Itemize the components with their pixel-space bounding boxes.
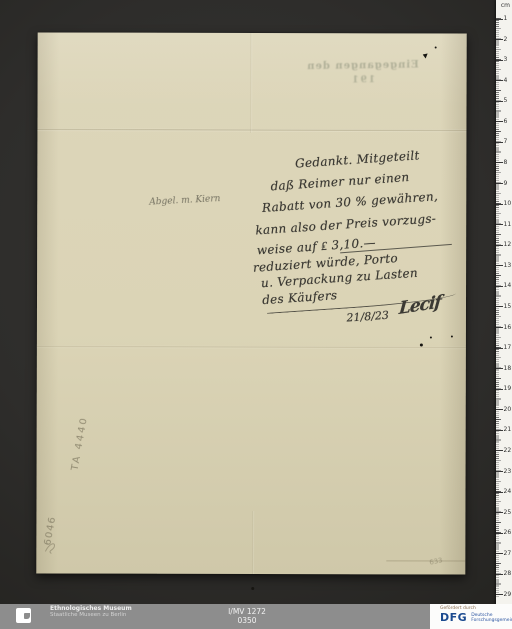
ruler-cm-number: 18: [504, 366, 512, 372]
ruler-cm-tick: [496, 533, 503, 534]
ruler-cm-tick: [496, 553, 503, 554]
ruler-cm-tick: [496, 306, 503, 307]
note-line: Gedankt. Mitgeteilt: [295, 148, 420, 170]
ruler-cm-tick: [496, 389, 503, 390]
ruler-cm-number: 25: [504, 510, 512, 516]
ruler-cm-tick: [496, 60, 503, 61]
ruler-cm-number: 16: [504, 325, 512, 331]
pencil-shelfmark-ta: TA 4440: [70, 416, 90, 472]
ruler-cm-number: 23: [504, 469, 512, 475]
ruler-cm-tick: [496, 450, 503, 451]
museum-logo-icon: [16, 608, 31, 623]
letter-page: Eingegangen den 191 Abgel. m. Kiern Geda…: [36, 32, 466, 574]
ruler-cm-number: 15: [504, 304, 512, 310]
stamp-year: 191: [293, 74, 433, 86]
bleed-through-stamp: Eingegangen den 191: [292, 59, 432, 86]
ruler-cm-tick: [496, 245, 503, 246]
ruler-cm-number: 4: [504, 78, 508, 84]
ruler-cm-number: 17: [504, 345, 512, 351]
ruler-cm-number: 19: [504, 386, 512, 392]
ruler-cm-tick: [496, 265, 503, 266]
ruler-cm-number: 13: [504, 263, 512, 269]
note-date: 21/8/23: [346, 309, 389, 325]
ruler-cm-number: 14: [504, 283, 512, 289]
ruler-cm-tick: [496, 224, 503, 225]
ruler-cm-tick: [496, 80, 503, 81]
ruler-cm-number: 11: [504, 222, 512, 228]
pencil-corner-mark: 633: [429, 556, 444, 567]
stamp-text: Eingegangen den: [292, 59, 432, 72]
ruler-cm-tick: [496, 471, 503, 472]
funding-org-line2: Forschungsgemeinschaft: [471, 618, 512, 623]
ruler-cm-number: 20: [504, 407, 512, 413]
ruler-cm-tick: [496, 492, 503, 493]
ruler: cm 1234567891011121314151617181920212223…: [496, 0, 512, 604]
ruler-cm-number: 1: [504, 16, 508, 22]
reference-id: I/MV 1272: [177, 607, 317, 616]
ruler-cm-tick: [496, 162, 503, 163]
archival-scan-viewer: { "scan": { "paper": { "note": { "lines"…: [0, 0, 512, 629]
ruler-cm-tick: [496, 327, 503, 328]
museum-branding: [16, 608, 31, 623]
ruler-cm-number: 28: [504, 571, 512, 577]
fold-crease-vertical-top: [250, 33, 252, 133]
note-line: daß Reimer nur einen: [270, 170, 410, 193]
ruler-cm-tick: [496, 430, 503, 431]
edge-speck: [251, 587, 254, 590]
handwritten-note: Gedankt. Mitgeteilt daß Reimer nur einen…: [245, 139, 499, 365]
ruler-cm-number: 24: [504, 489, 512, 495]
ruler-cm-number: 27: [504, 551, 512, 557]
ink-speck: [435, 46, 437, 48]
ruler-cm-tick: [496, 101, 503, 102]
dfg-logo-icon: DFG: [440, 612, 467, 623]
note-line: Rabatt von 30 % gewähren,: [262, 189, 439, 215]
ruler-cm-tick: [496, 142, 503, 143]
ruler-cm-number: 3: [504, 57, 508, 63]
archival-reference: I/MV 1272 0350: [177, 607, 317, 625]
paper-layer-edge: [386, 560, 465, 561]
ruler-cm-tick: [496, 574, 503, 575]
ruler-cm-tick: [496, 19, 503, 20]
ruler-cm-tick: [496, 204, 503, 205]
ruler-cm-tick: [496, 348, 503, 349]
ruler-cm-number: 22: [504, 448, 512, 454]
note-line: kann also der Preis vorzugs-: [255, 211, 437, 237]
ruler-cm-tick: [496, 512, 503, 513]
funding-org-name: Deutsche Forschungsgemeinschaft: [471, 613, 512, 623]
ruler-cm-tick: [496, 286, 503, 287]
ruler-cm-number: 9: [504, 181, 508, 187]
ruler-cm-number: 6: [504, 119, 508, 125]
ink-speck: [451, 336, 453, 338]
ruler-cm-number: 10: [504, 201, 512, 207]
marginal-annotation: Abgel. m. Kiern: [149, 194, 221, 208]
funding-logo: Gefördert durch DFG Deutsche Forschungsg…: [430, 604, 512, 629]
ruler-cm-tick: [496, 368, 503, 369]
footer-bar: Ethnologisches Museum Staatliche Museen …: [0, 604, 512, 629]
ruler-cm-tick: [496, 594, 503, 595]
ruler-cm-number: 8: [504, 160, 508, 166]
ink-speck: [420, 343, 423, 346]
ruler-cm-number: 12: [504, 242, 512, 248]
ruler-unit-label: cm: [501, 2, 510, 9]
pencil-squiggle: [42, 537, 62, 557]
ruler-cm-tick: [496, 39, 503, 40]
fold-crease-vertical-bottom: [252, 511, 254, 574]
ruler-cm-number: 7: [504, 139, 508, 145]
ruler-cm-number: 26: [504, 530, 512, 536]
ruler-cm-number: 21: [504, 427, 512, 433]
paper-hole: [423, 53, 428, 58]
ruler-cm-number: 29: [504, 592, 512, 598]
ruler-cm-tick: [496, 183, 503, 184]
reference-page-number: 0350: [177, 616, 317, 625]
ruler-cm-number: 2: [504, 37, 508, 43]
ruler-cm-tick: [496, 409, 503, 410]
ruler-cm-tick: [496, 121, 503, 122]
ink-speck: [430, 336, 432, 338]
ruler-cm-number: 5: [504, 98, 508, 104]
